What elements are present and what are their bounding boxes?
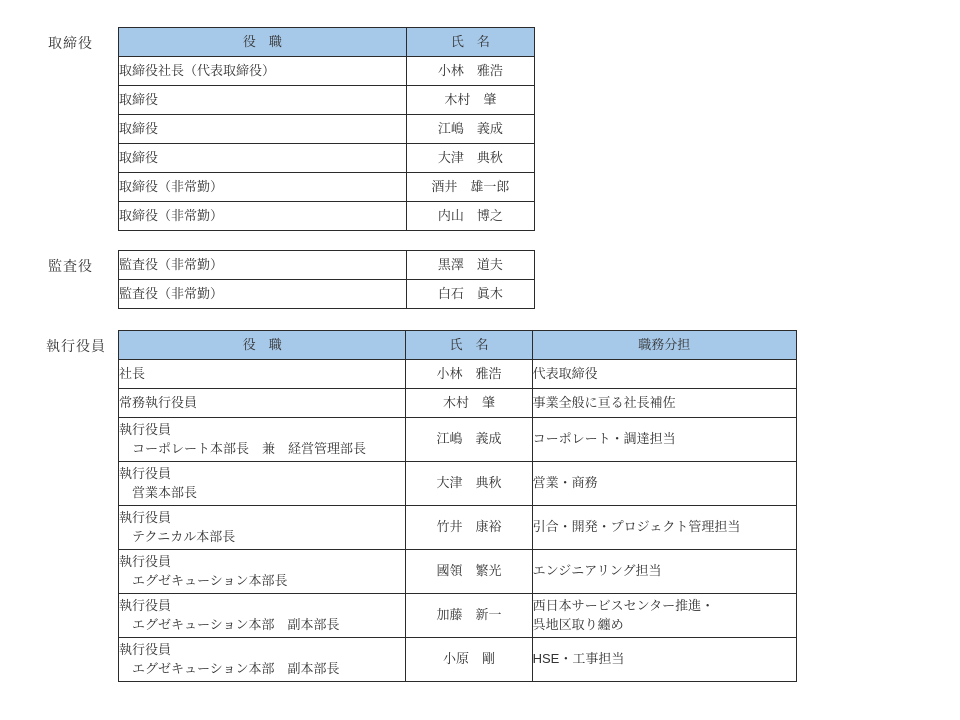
name-cell: 黒澤 道夫 xyxy=(406,251,534,280)
position-cell: 執行役員 コーポレート本部長 兼 経営管理部長 xyxy=(119,418,406,462)
position-cell: 執行役員 テクニカル本部長 xyxy=(119,506,406,550)
name-cell: 江嶋 義成 xyxy=(406,115,534,144)
name-cell: 大津 典秋 xyxy=(406,144,534,173)
table-row: 執行役員 エグゼキューション本部 副本部長 加藤 新一 西日本サービスセンター推… xyxy=(119,594,797,638)
duty-cell: 引合・開発・プロジェクト管理担当 xyxy=(532,506,796,550)
directors-header-position: 役 職 xyxy=(119,28,407,57)
directors-header-name: 氏 名 xyxy=(406,28,534,57)
duty-cell: 西日本サービスセンター推進・ 呉地区取り纏め xyxy=(532,594,796,638)
position-cell: 執行役員 エグゼキューション本部長 xyxy=(119,550,406,594)
name-cell: 加藤 新一 xyxy=(406,594,532,638)
position-cell: 取締役（非常勤） xyxy=(119,173,407,202)
executives-table: 役 職 氏 名 職務分担 社長 小林 雅浩 代表取締役 常務執行役員 木村 肇 … xyxy=(118,330,797,682)
executives-header-position: 役 職 xyxy=(119,331,406,360)
position-cell: 取締役 xyxy=(119,86,407,115)
position-cell: 取締役社長（代表取締役） xyxy=(119,57,407,86)
section-label-auditors: 監査役 xyxy=(48,256,93,276)
name-cell: 小林 雅浩 xyxy=(406,57,534,86)
table-row: 取締役 大津 典秋 xyxy=(119,144,535,173)
table-row: 執行役員 テクニカル本部長 竹井 康裕 引合・開発・プロジェクト管理担当 xyxy=(119,506,797,550)
position-cell: 監査役（非常勤） xyxy=(119,251,407,280)
name-cell: 白石 眞木 xyxy=(406,280,534,309)
name-cell: 小林 雅浩 xyxy=(406,360,532,389)
duty-cell: エンジニアリング担当 xyxy=(532,550,796,594)
position-cell: 常務執行役員 xyxy=(119,389,406,418)
duty-cell: コーポレート・調達担当 xyxy=(532,418,796,462)
duty-cell: 代表取締役 xyxy=(532,360,796,389)
table-row: 執行役員 エグゼキューション本部 副本部長 小原 剛 HSE・工事担当 xyxy=(119,638,797,682)
name-cell: 木村 肇 xyxy=(406,389,532,418)
name-cell: 木村 肇 xyxy=(406,86,534,115)
duty-cell: 営業・商務 xyxy=(532,462,796,506)
duty-cell: HSE・工事担当 xyxy=(532,638,796,682)
position-cell: 執行役員 エグゼキューション本部 副本部長 xyxy=(119,594,406,638)
section-label-executives: 執行役員 xyxy=(46,336,106,356)
auditors-table: 監査役（非常勤） 黒澤 道夫 監査役（非常勤） 白石 眞木 xyxy=(118,250,535,309)
position-cell: 取締役 xyxy=(119,144,407,173)
table-row: 常務執行役員 木村 肇 事業全般に亘る社長補佐 xyxy=(119,389,797,418)
name-cell: 酒井 雄一郎 xyxy=(406,173,534,202)
position-cell: 監査役（非常勤） xyxy=(119,280,407,309)
directors-table: 役 職 氏 名 取締役社長（代表取締役） 小林 雅浩 取締役 木村 肇 取締役 … xyxy=(118,27,535,231)
position-cell: 執行役員 エグゼキューション本部 副本部長 xyxy=(119,638,406,682)
name-cell: 小原 剛 xyxy=(406,638,532,682)
table-row: 監査役（非常勤） 白石 眞木 xyxy=(119,280,535,309)
name-cell: 竹井 康裕 xyxy=(406,506,532,550)
duty-cell: 事業全般に亘る社長補佐 xyxy=(532,389,796,418)
name-cell: 江嶋 義成 xyxy=(406,418,532,462)
name-cell: 國領 繁光 xyxy=(406,550,532,594)
executives-header-duty: 職務分担 xyxy=(532,331,796,360)
table-row: 取締役 江嶋 義成 xyxy=(119,115,535,144)
position-cell: 社長 xyxy=(119,360,406,389)
table-row: 取締役社長（代表取締役） 小林 雅浩 xyxy=(119,57,535,86)
officers-page: { "colors": { "header_bg": "#a7c9e9", "b… xyxy=(0,0,960,720)
table-row: 社長 小林 雅浩 代表取締役 xyxy=(119,360,797,389)
table-row: 執行役員 コーポレート本部長 兼 経営管理部長 江嶋 義成 コーポレート・調達担… xyxy=(119,418,797,462)
table-row: 監査役（非常勤） 黒澤 道夫 xyxy=(119,251,535,280)
position-cell: 取締役 xyxy=(119,115,407,144)
table-row: 取締役（非常勤） 酒井 雄一郎 xyxy=(119,173,535,202)
table-row: 執行役員 営業本部長 大津 典秋 営業・商務 xyxy=(119,462,797,506)
table-row: 取締役（非常勤） 内山 博之 xyxy=(119,202,535,231)
name-cell: 内山 博之 xyxy=(406,202,534,231)
position-cell: 取締役（非常勤） xyxy=(119,202,407,231)
executives-header-name: 氏 名 xyxy=(406,331,532,360)
position-cell: 執行役員 営業本部長 xyxy=(119,462,406,506)
section-label-directors: 取締役 xyxy=(48,33,93,53)
table-row: 執行役員 エグゼキューション本部長 國領 繁光 エンジニアリング担当 xyxy=(119,550,797,594)
name-cell: 大津 典秋 xyxy=(406,462,532,506)
table-row: 取締役 木村 肇 xyxy=(119,86,535,115)
